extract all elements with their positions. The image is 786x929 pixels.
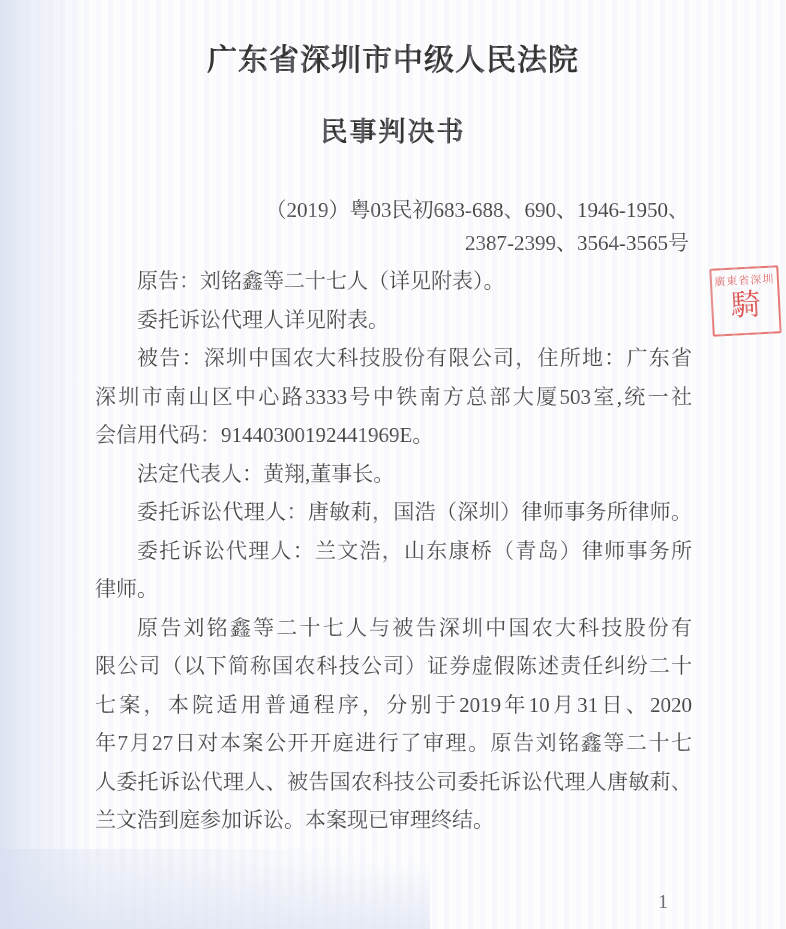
body-line: 律师。 [95, 570, 692, 609]
body-line: 原告刘铭鑫等二十七人与被告深圳中国农大科技股份有 [95, 609, 692, 648]
stamp-region-text: 廣東省深圳 [712, 273, 778, 289]
body-line: 深圳市南山区中心路3333号中铁南方总部大厦503室,统一社 [95, 378, 692, 417]
court-seam-stamp: 廣東省深圳 騎 [709, 265, 781, 337]
body-line: 原告：刘铭鑫等二十七人（详见附表）。 [95, 262, 692, 301]
scan-edge-shadow-bottom [0, 849, 430, 929]
judgment-body-text: 原告：刘铭鑫等二十七人（详见附表）。委托诉讼代理人详见附表。被告：深圳中国农大科… [95, 262, 692, 840]
body-line: 被告：深圳中国农大科技股份有限公司，住所地：广东省 [95, 339, 692, 378]
case-number-line1: （2019）粤03民初683-688、690、1946-1950、 [0, 194, 689, 227]
page-number: 1 [658, 891, 668, 914]
body-line: 七案，本院适用普通程序，分别于2019年10月31日、2020 [95, 686, 692, 725]
body-line: 会信用代码：91440300192441969E。 [95, 416, 692, 455]
body-line: 法定代表人：黄翔,董事长。 [95, 455, 692, 494]
stamp-seam-character: 騎 [712, 288, 779, 323]
case-number: （2019）粤03民初683-688、690、1946-1950、 2387-2… [0, 194, 786, 260]
case-number-line2: 2387-2399、3564-3565号 [0, 227, 689, 260]
scanned-judgment-page: 广东省深圳市中级人民法院 民事判决书 （2019）粤03民初683-688、69… [0, 0, 786, 929]
document-type-title: 民事判决书 [0, 116, 786, 149]
body-line: 委托诉讼代理人详见附表。 [95, 301, 692, 340]
body-line: 年7月27日对本案公开开庭进行了审理。原告刘铭鑫等二十七 [95, 724, 692, 763]
body-line: 委托诉讼代理人：唐敏莉，国浩（深圳）律师事务所律师。 [95, 493, 692, 532]
body-line: 限公司（以下简称国农科技公司）证券虚假陈述责任纠纷二十 [95, 647, 692, 686]
body-line: 兰文浩到庭参加诉讼。本案现已审理终结。 [95, 801, 692, 840]
court-name-title: 广东省深圳市中级人民法院 [0, 43, 786, 79]
body-line: 人委托诉讼代理人、被告国农科技公司委托诉讼代理人唐敏莉、 [95, 763, 692, 802]
body-line: 委托诉讼代理人：兰文浩，山东康桥（青岛）律师事务所 [95, 532, 692, 571]
